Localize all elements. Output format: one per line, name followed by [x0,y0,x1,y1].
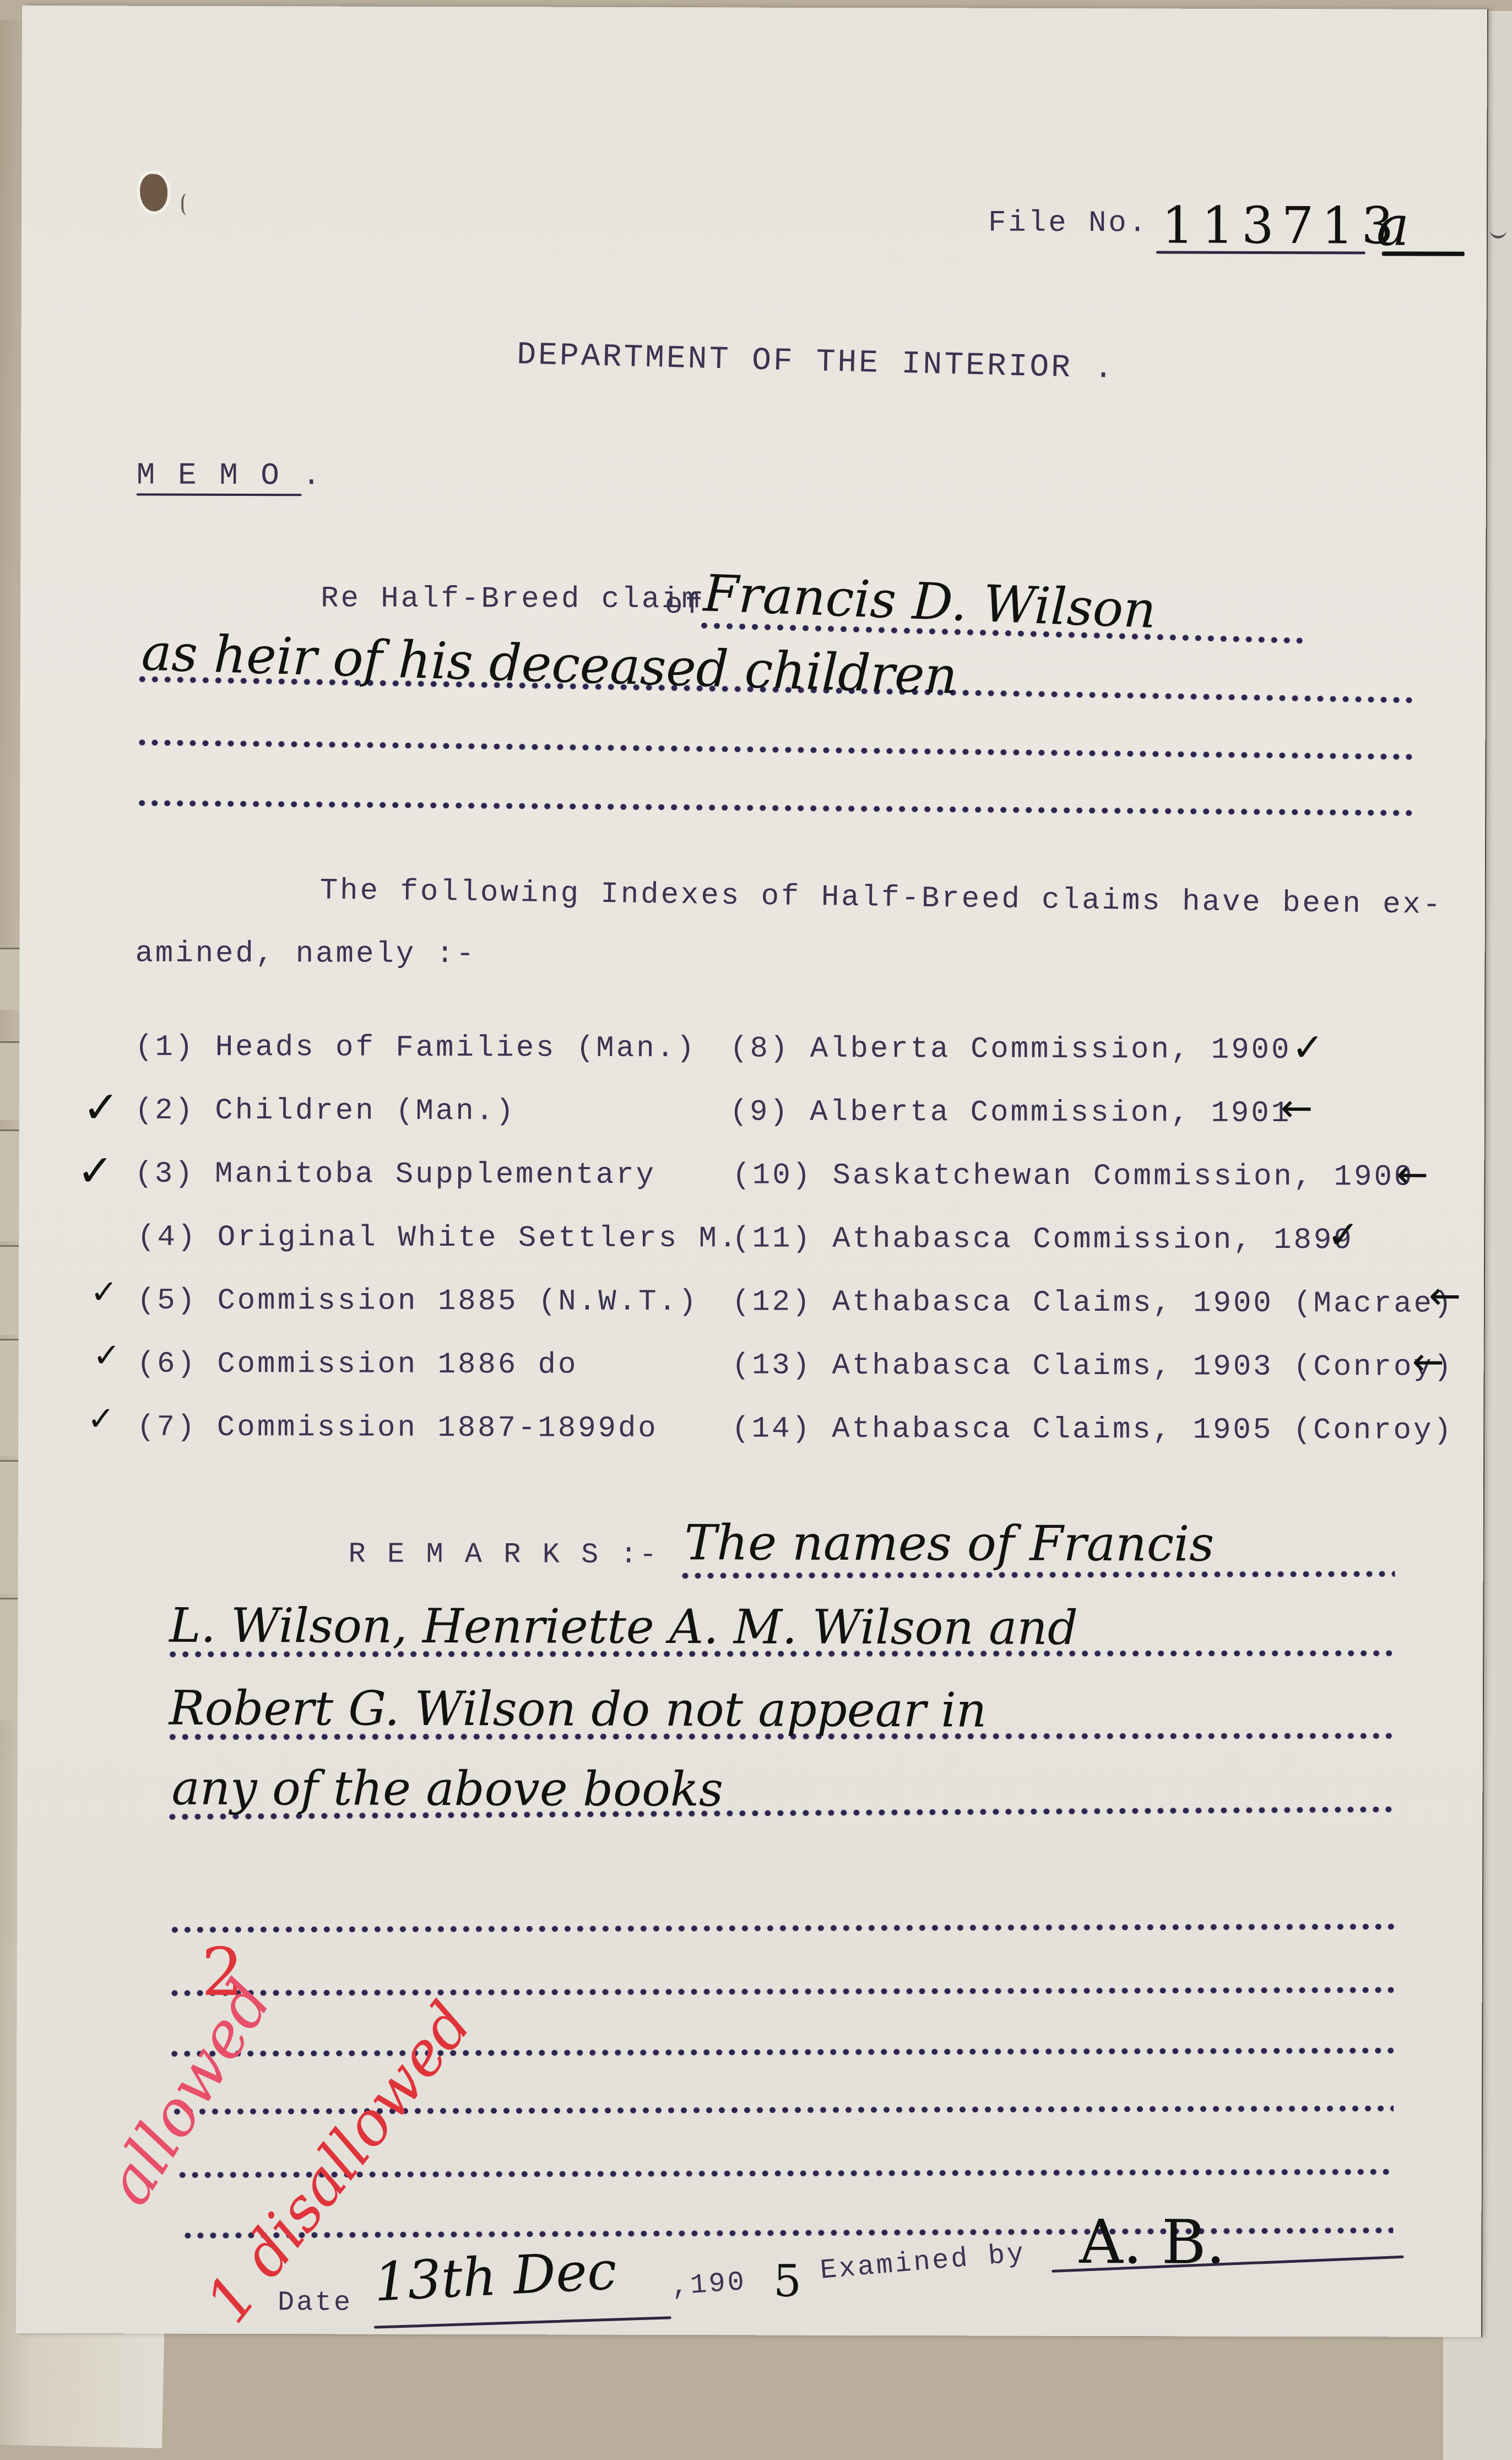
index-item-7: (7) Commission 1887-1899do [137,1411,658,1446]
examined-by-label: Examined by [819,2238,1027,2286]
memo-page: File No. 113713 a DEPARTMENT OF THE INTE… [16,6,1487,2337]
index-item-8: (8) Alberta Commission, 1900 [730,1032,1292,1067]
file-number-underline [1156,251,1365,254]
remarks-dotted-line-6 [169,1986,1394,1997]
remarks-label: R E M A R K S :- [349,1538,659,1571]
index-item-4: (4) Original White Settlers M. [137,1221,739,1256]
file-number-label: File No. [988,207,1148,241]
year-prefix: ,190 [670,2267,747,2303]
year-suffix: 5 [773,2256,801,2307]
date-underline [374,2316,671,2328]
index-item-6: (6) Commission 1886 do [137,1348,578,1382]
intro-line-2: amined, namely :- [135,937,476,972]
arrow-mark-icon: ← [1396,1155,1428,1194]
check-mark-icon: ✓ [87,1402,115,1435]
remarks-line-4: any of the above books [171,1761,723,1818]
index-item-11: (11) Athabasca Commission, 1899 [732,1222,1354,1257]
claim-dotted-line-4 [136,799,1413,817]
date-value: 13th Dec [372,2240,618,2313]
remarks-line-2: L. Wilson, Henriette A. M. Wilson and [169,1598,1078,1656]
remarks-line-1: The names of Francis [685,1514,1215,1572]
check-mark-icon: ✓ [93,1339,121,1372]
file-number-value: 113713 [1162,196,1401,255]
claim-prefix: Re Half-Breed claim [321,582,702,617]
memo-underline [137,494,302,496]
remarks-dotted-line-7 [168,2047,1394,2058]
index-item-3: (3) Manitoba Supplementary [134,1158,656,1192]
index-item-13: (13) Athabasca Claims, 1903 (Conroy) [731,1349,1454,1384]
arrow-mark-icon: ← [1281,1089,1313,1127]
date-label: Date [278,2287,353,2318]
arrow-mark-icon: ← [1429,1277,1461,1315]
red-allowed-note: allowed [91,1967,286,2218]
index-list-left: (1) Heads of Families (Man.) ✓ (2) Child… [22,6,1487,9]
check-mark-icon: ✓ [83,1085,120,1129]
arrow-mark-icon: ← [1412,1343,1444,1381]
check-mark-icon: ✓ [77,1149,113,1193]
remarks-line-3: Robert G. Wilson do not appear in [169,1681,987,1738]
punch-hole [140,174,167,212]
remarks-dotted-line-5 [169,1923,1394,1934]
index-item-5: (5) Commission 1885 (N.W.T.) [137,1284,699,1320]
index-item-1: (1) Heads of Families (Man.) [135,1031,697,1066]
claim-of: of [665,588,705,622]
punch-tear [181,193,196,215]
index-item-2: (2) Children (Man.) [135,1094,516,1129]
index-item-14: (14) Athabasca Claims, 1905 (Conroy) [731,1412,1454,1447]
check-mark-icon: ✓ [1327,1215,1359,1254]
index-list-right: (8) Alberta Commission, 1900 ✓ (9) Alber… [22,6,1487,9]
file-number-suffix: a [1376,193,1410,258]
memo-heading: M E M O . [137,458,323,494]
claim-dotted-line-3 [136,739,1413,761]
claim-line-2: as heir of his deceased children [140,623,958,706]
intro-line-1: The following Indexes of Half-Breed clai… [319,874,1443,922]
index-item-10: (10) Saskatchewan Commission, 1900 [732,1159,1414,1194]
index-item-12: (12) Athabasca Claims, 1900 (Macrae) [732,1285,1454,1321]
check-mark-icon: ✓ [1292,1028,1324,1067]
department-heading: DEPARTMENT OF THE INTERIOR . [517,337,1116,387]
index-item-9: (9) Alberta Commission, 1901 [730,1095,1292,1131]
check-mark-icon: ✓ [90,1275,118,1309]
file-suffix-flourish [1382,251,1465,256]
